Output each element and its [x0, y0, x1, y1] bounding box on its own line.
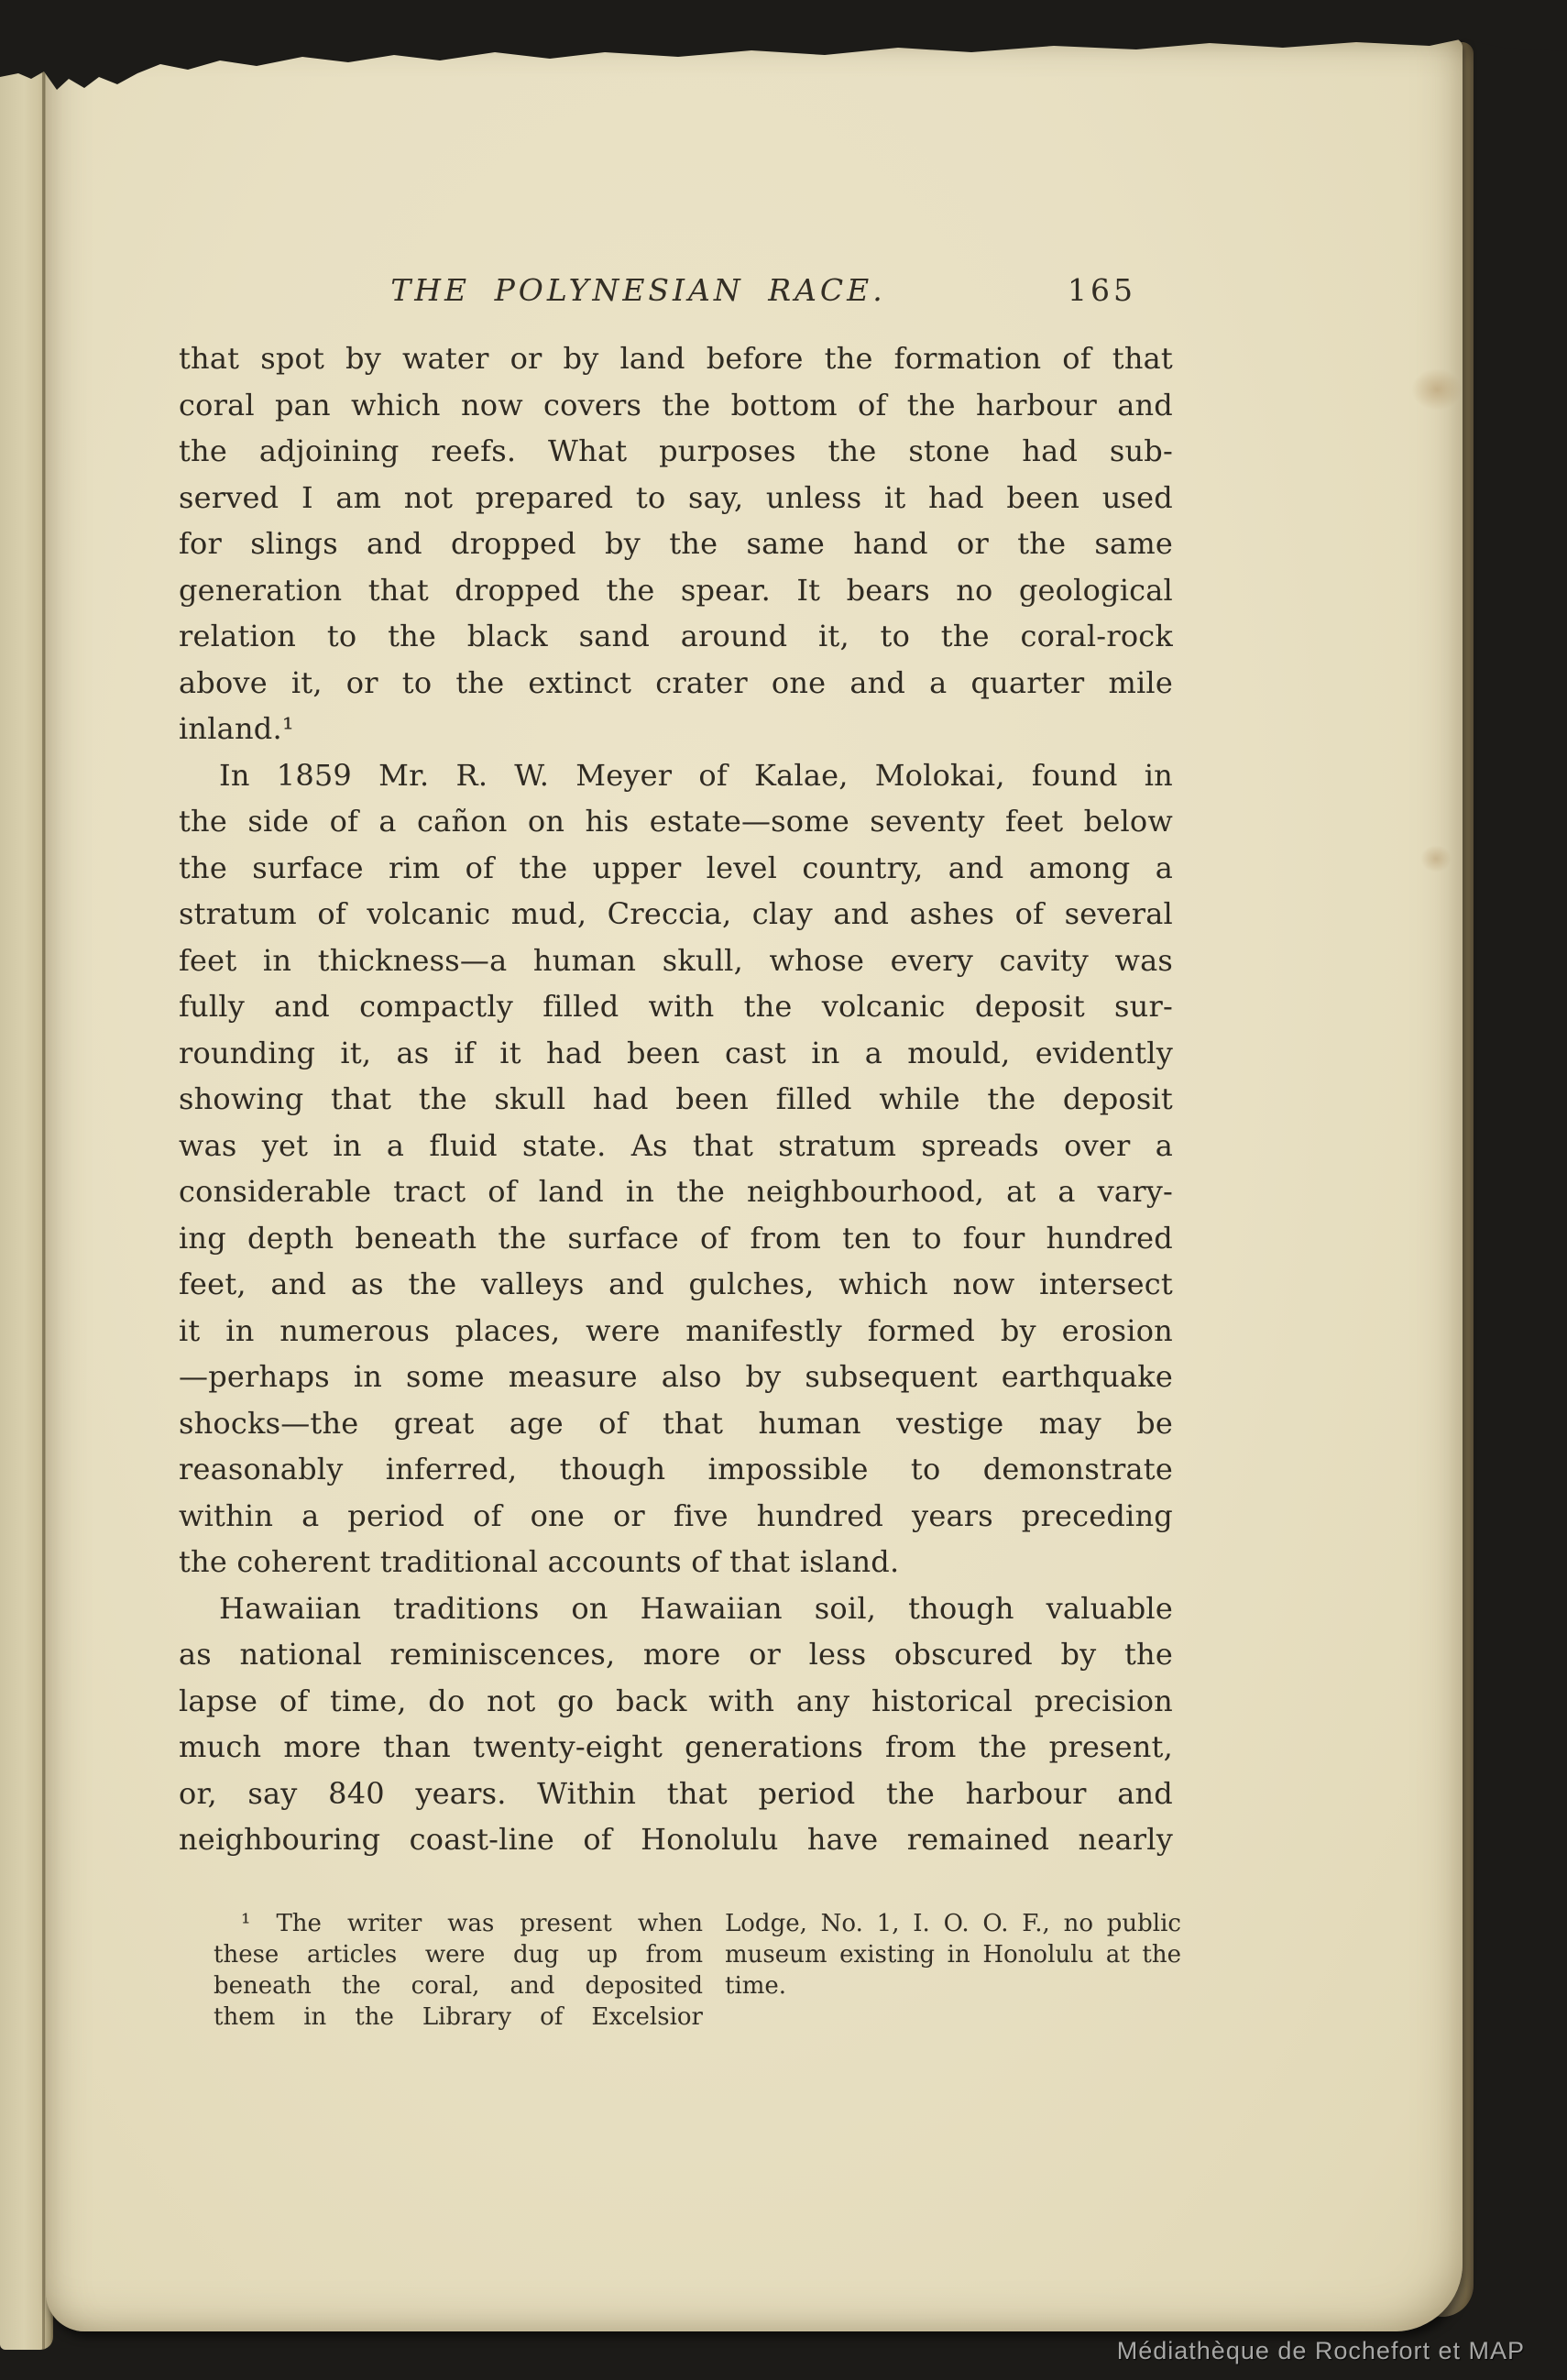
text-line: rounding it, as if it had been cast in a… [179, 1030, 1173, 1077]
paragraph: Hawaiian traditions on Hawaiian soil, th… [179, 1585, 1173, 1863]
text-line: served I am not prepared to say, unless … [179, 475, 1173, 521]
text-line: much more than twenty-eight generations … [179, 1724, 1173, 1771]
text-line: the surface rim of the upper level count… [179, 845, 1173, 892]
footnote-column-1: ¹ The writer was present whenthese artic… [214, 1908, 703, 2033]
text-line: shocks—the great age of that human vesti… [179, 1400, 1173, 1447]
text-line: for slings and dropped by the same hand … [179, 521, 1173, 567]
text-line: them in the Library of Excelsior [214, 2002, 703, 2033]
paragraph: In 1859 Mr. R. W. Meyer of Kalae, Moloka… [179, 752, 1173, 1585]
text-line: ing depth beneath the surface of from te… [179, 1215, 1173, 1262]
text-line: reasonably inferred, though impossible t… [179, 1446, 1173, 1493]
text-line: was yet in a fluid state. As that stratu… [179, 1123, 1173, 1169]
text-line: beneath the coral, and deposited [214, 1970, 703, 2002]
text-line: it in numerous places, were manifestly f… [179, 1308, 1173, 1355]
page-sheet: THE POLYNESIAN RACE. 165 that spot by wa… [46, 38, 1463, 2331]
text-line: In 1859 Mr. R. W. Meyer of Kalae, Moloka… [179, 752, 1173, 799]
footnote: ¹ The writer was present whenthese artic… [214, 1908, 1181, 2033]
text-line: showing that the skull had been filled w… [179, 1076, 1173, 1123]
text-line: neighbouring coast-line of Honolulu have… [179, 1816, 1173, 1863]
paragraph: that spot by water or by land before the… [179, 335, 1173, 752]
text-line: Hawaiian traditions on Hawaiian soil, th… [179, 1585, 1173, 1632]
foxing-stain [1420, 845, 1452, 872]
header-title: THE POLYNESIAN RACE. [179, 272, 1098, 308]
text-line: feet in thickness—a human skull, whose e… [179, 938, 1173, 984]
text-line: stratum of volcanic mud, Creccia, clay a… [179, 891, 1173, 938]
text-line: the side of a cañon on his estate—some s… [179, 798, 1173, 845]
footnote-column-2: Lodge, No. 1, I. O. O. F., no publicmuse… [725, 1908, 1181, 2033]
text-line: the adjoining reefs. What purposes the s… [179, 428, 1173, 475]
page-number: 165 [1068, 272, 1136, 308]
text-line: or, say 840 years. Within that period th… [179, 1771, 1173, 1817]
text-line: these articles were dug up from [214, 1939, 703, 1970]
text-line: inland.¹ [179, 706, 1173, 752]
text-line: lapse of time, do not go back with any h… [179, 1678, 1173, 1725]
text-line: time. [725, 1970, 1181, 2002]
text-line: the coherent traditional accounts of tha… [179, 1539, 1173, 1585]
text-line: relation to the black sand around it, to… [179, 613, 1173, 660]
text-line: within a period of one or five hundred y… [179, 1493, 1173, 1540]
page-crease-line [42, 66, 45, 2350]
text-line: fully and compactly filled with the volc… [179, 983, 1173, 1030]
text-line: as national reminiscences, more or less … [179, 1631, 1173, 1678]
text-line: coral pan which now covers the bottom of… [179, 382, 1173, 429]
text-line: museum existing in Honolulu at the [725, 1939, 1181, 1970]
text-line: that spot by water or by land before the… [179, 335, 1173, 382]
text-line: above it, or to the extinct crater one a… [179, 660, 1173, 707]
text-line: generation that dropped the spear. It be… [179, 567, 1173, 614]
body-text: that spot by water or by land before the… [179, 335, 1173, 1863]
text-line: feet, and as the valleys and gulches, wh… [179, 1261, 1173, 1308]
scanned-book-photo: { "page": { "header": { "title": "THE PO… [0, 0, 1567, 2380]
running-header: THE POLYNESIAN RACE. 165 [179, 272, 1173, 314]
library-watermark: Médiathèque de Rochefort et MAP [1117, 2337, 1525, 2365]
text-line: ¹ The writer was present when [214, 1908, 703, 1939]
text-line: Lodge, No. 1, I. O. O. F., no public [725, 1908, 1181, 1939]
text-line: considerable tract of land in the neighb… [179, 1168, 1173, 1215]
foxing-stain [1411, 368, 1463, 411]
text-line: —perhaps in some measure also by subsequ… [179, 1354, 1173, 1400]
